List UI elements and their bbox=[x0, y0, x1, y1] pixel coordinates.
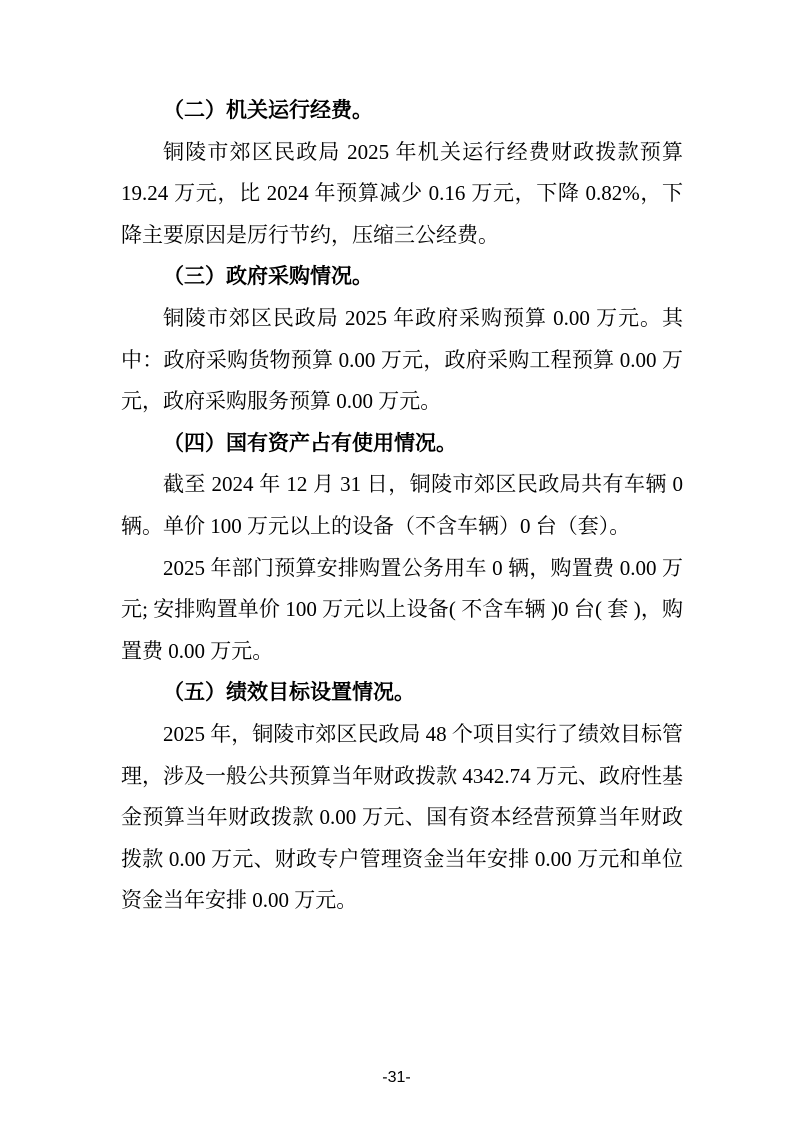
section-heading-state-assets: （四）国有资产占有使用情况。 bbox=[121, 423, 683, 465]
paragraph-government-procurement: 铜陵市郊区民政局 2025 年政府采购预算 0.00 万元。其中：政府采购货物预… bbox=[121, 298, 683, 423]
paragraph-state-assets-purchases: 2025 年部门预算安排购置公务用车 0 辆，购置费 0.00 万元; 安排购置… bbox=[121, 548, 683, 673]
paragraph-state-assets-holdings: 截至 2024 年 12 月 31 日，铜陵市郊区民政局共有车辆 0 辆。单价 … bbox=[121, 464, 683, 547]
document-body: （二）机关运行经费。 铜陵市郊区民政局 2025 年机关运行经费财政拨款预算 1… bbox=[121, 90, 683, 922]
section-heading-agency-operating-costs: （二）机关运行经费。 bbox=[121, 90, 683, 132]
page-number: -31- bbox=[0, 1068, 793, 1088]
section-heading-performance-targets: （五）绩效目标设置情况。 bbox=[121, 672, 683, 714]
paragraph-agency-operating-costs: 铜陵市郊区民政局 2025 年机关运行经费财政拨款预算 19.24 万元，比 2… bbox=[121, 132, 683, 257]
section-heading-government-procurement: （三）政府采购情况。 bbox=[121, 256, 683, 298]
paragraph-performance-targets: 2025 年，铜陵市郊区民政局 48 个项目实行了绩效目标管理，涉及一般公共预算… bbox=[121, 714, 683, 922]
document-page: （二）机关运行经费。 铜陵市郊区民政局 2025 年机关运行经费财政拨款预算 1… bbox=[0, 0, 793, 1122]
